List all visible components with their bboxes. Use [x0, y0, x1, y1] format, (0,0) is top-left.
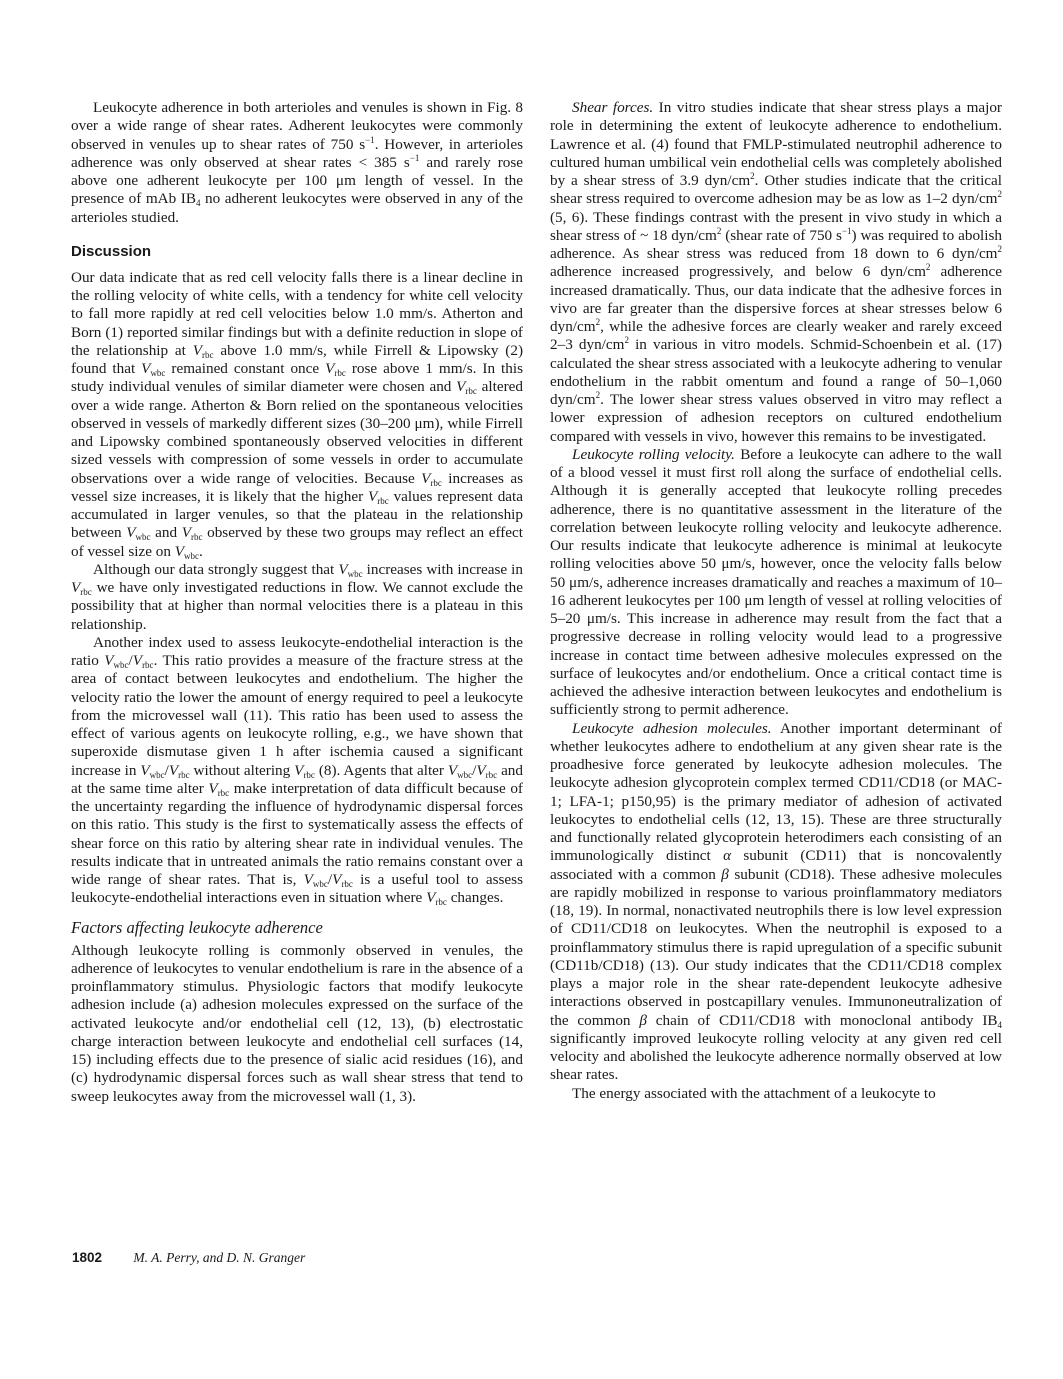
- runin-heading-shear-forces: Shear forces.: [572, 99, 653, 116]
- factors-paragraph: Although leukocyte rolling is commonly o…: [71, 942, 523, 1106]
- running-footer-authors: M. A. Perry, and D. N. Granger: [133, 1250, 305, 1265]
- discussion-paragraph-2: Although our data strongly suggest that …: [71, 561, 523, 634]
- runin-heading-adhesion-molecules: Leukocyte adhesion molecules.: [572, 720, 772, 737]
- runin-heading-rolling-velocity: Leukocyte rolling velocity.: [572, 446, 735, 463]
- page-number: 1802: [72, 1250, 102, 1265]
- subsection-heading-factors: Factors affecting leukocyte adherence: [71, 918, 523, 937]
- results-paragraph-arteriole-adherence: Leukocyte adherence in both arterioles a…: [71, 99, 523, 227]
- discussion-paragraph-1: Our data indicate that as red cell veloc…: [71, 269, 523, 561]
- right-column: Shear forces. In vitro studies indicate …: [550, 99, 1002, 1103]
- page-footer: 1802 M. A. Perry, and D. N. Granger: [72, 1250, 305, 1266]
- discussion-paragraph-3: Another index used to assess leukocyte-e…: [71, 634, 523, 908]
- section-heading-discussion: Discussion: [71, 243, 523, 261]
- journal-page: Leukocyte adherence in both arterioles a…: [0, 0, 1063, 1379]
- rolling-velocity-paragraph: Leukocyte rolling velocity. Before a leu…: [550, 446, 1002, 720]
- energy-paragraph-start: The energy associated with the attachmen…: [550, 1085, 1002, 1103]
- adhesion-molecules-paragraph: Leukocyte adhesion molecules. Another im…: [550, 720, 1002, 1085]
- rolling-velocity-body: Before a leukocyte can adhere to the wal…: [550, 446, 1002, 719]
- shear-forces-paragraph: Shear forces. In vitro studies indicate …: [550, 99, 1002, 446]
- left-column: Leukocyte adherence in both arterioles a…: [71, 99, 523, 1106]
